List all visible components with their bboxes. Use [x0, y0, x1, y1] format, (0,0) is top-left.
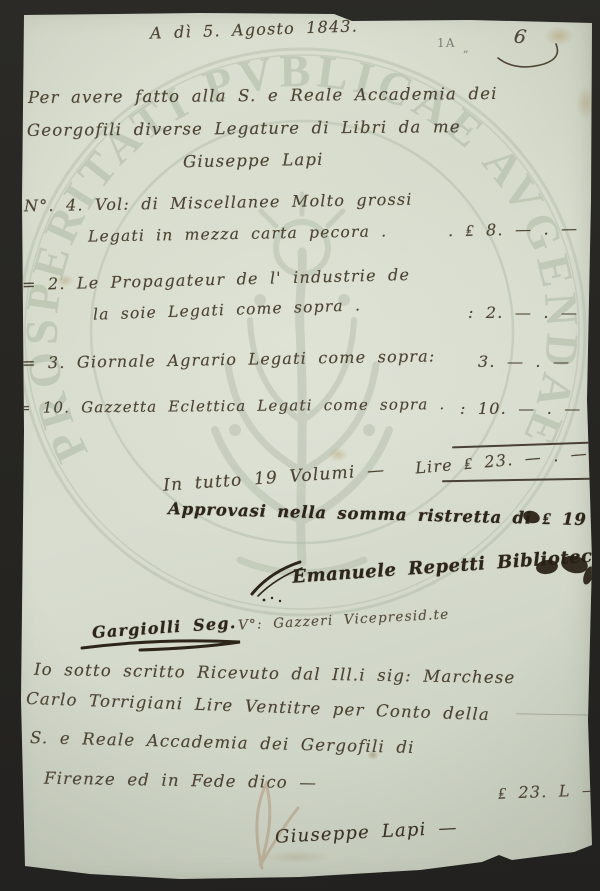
- item-3-amount: 3. — . —: [478, 352, 570, 371]
- intro-line-2: Georgofili diverse Legature di Libri da …: [27, 117, 461, 140]
- date-line: A dì 5. Agosto 1843.: [150, 16, 359, 42]
- item-1-description: N°. 4. Vol: di Miscellanee Molto grossi: [24, 190, 413, 216]
- item-1-amount: . ₤ 8. — . —: [448, 219, 579, 241]
- paper-stain: [262, 850, 332, 864]
- item-2-description-2: la soie Legati come sopra .: [93, 296, 362, 323]
- intro-line-3: Giuseppe Lapi: [183, 150, 324, 171]
- paper-crease: [516, 713, 600, 715]
- binder-signature: Giuseppe Lapi —: [275, 817, 459, 848]
- item-3-description: = 3. Giornale Agrario Legati come sopra:: [22, 346, 436, 372]
- paper-stain: [328, 447, 348, 462]
- receipt-line-4: Firenze ed in Fede dico —: [44, 769, 317, 793]
- vice-president-signature: V°: Gazzeri Vicepresid.te: [238, 606, 450, 633]
- item-2-description: = 2. Le Propagateur de l' industrie de: [22, 265, 411, 294]
- total-lire: Lire ₤ 23. — . —: [414, 443, 588, 478]
- total-volumes-note: In tutto 19 Volumi —: [163, 460, 386, 495]
- receipt-line-1: Io sotto scritto Ricevuto dal Ill.i sig:…: [34, 660, 516, 687]
- item-1-description-2: Legati in mezza carta pecora .: [88, 222, 388, 245]
- intro-line-1: Per avere fatto alla S. e Reale Accademi…: [28, 84, 498, 107]
- manuscript-page: PROSPERITATI PVBLICAE AVGENDAE: [0, 0, 600, 891]
- receipt-line-3: S. e Reale Accademia dei Gergofili di: [30, 728, 415, 757]
- pencil-mark-small: „: [463, 42, 470, 55]
- paper-stain: [544, 26, 574, 46]
- receipt-amount: ₤ 23. L —: [498, 780, 600, 804]
- item-4-description: = 10. Gazzetta Eclettica Legati come sop…: [18, 395, 446, 417]
- secretary-signature: Gargiolli Seg.: [92, 613, 237, 642]
- paper-stain: [576, 86, 596, 120]
- item-2-amount: : 2. — . —: [468, 303, 578, 322]
- receipt-line-2: Carlo Torrigiani Lire Ventitre per Conto…: [26, 689, 490, 724]
- pencil-mark: 1A: [437, 36, 456, 50]
- page-number: 6: [513, 25, 528, 48]
- total-rule-bottom: [442, 478, 592, 483]
- scan-background: PROSPERITATI PVBLICAE AVGENDAE: [0, 0, 600, 891]
- item-4-amount: : 10. — . —: [460, 399, 581, 418]
